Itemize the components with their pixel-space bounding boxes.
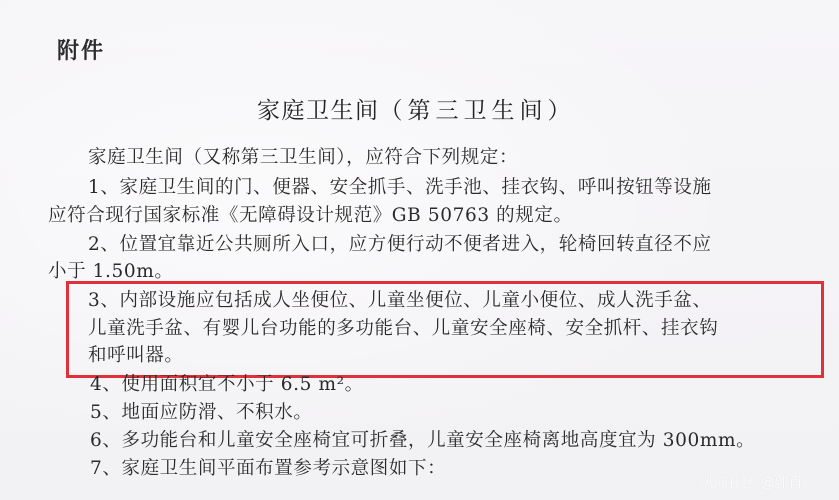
clause-5-line: 5、地面应防滑、不积水。	[90, 400, 312, 426]
clause-6-line: 6、多功能台和儿童安全座椅宜可折叠，儿童安全座椅离地高度宜为 300mm。	[90, 428, 755, 454]
clause-7-line: 7、家庭卫生间平面布置参考示意图如下：	[90, 456, 446, 482]
clause-3-line-1: 3、内部设施应包括成人坐便位、儿童坐便位、儿童小便位、成人洗手盆、	[88, 288, 712, 314]
clause-1-line-1: 1、家庭卫生间的门、便器、安全抓手、洗手池、挂衣钩、呼叫按钮等设施	[88, 175, 712, 201]
clause-4-line: 4、使用面积宜不小于 6.5 m²。	[90, 372, 364, 398]
clause-1-line-2: 应符合现行国家标准《无障碍设计规范》GB 50763 的规定。	[48, 203, 573, 229]
clause-3-line-2: 儿童洗手盆、有婴儿台功能的多功能台、儿童安全座椅、安全抓杆、挂衣钩	[88, 316, 718, 342]
document-title: 家庭卫生间（第三卫生间）	[257, 92, 576, 125]
clause-3-line-3: 和呼叫器。	[88, 343, 184, 369]
attachment-label: 附件	[57, 34, 105, 65]
document-page: 附件 家庭卫生间（第三卫生间） 家庭卫生间（又称第三卫生间），应符合下列规定： …	[0, 0, 839, 500]
title-sub: （第三卫生间）	[380, 98, 576, 124]
clause-2-line-1: 2、位置宜靠近公共厕所入口，应方便行动不便者进入，轮椅回转直径不应	[88, 232, 712, 258]
watermark-text: 风闻社区 @郭肖	[700, 472, 802, 492]
intro-line: 家庭卫生间（又称第三卫生间），应符合下列规定：	[88, 145, 518, 171]
title-main: 家庭卫生间	[257, 98, 380, 124]
